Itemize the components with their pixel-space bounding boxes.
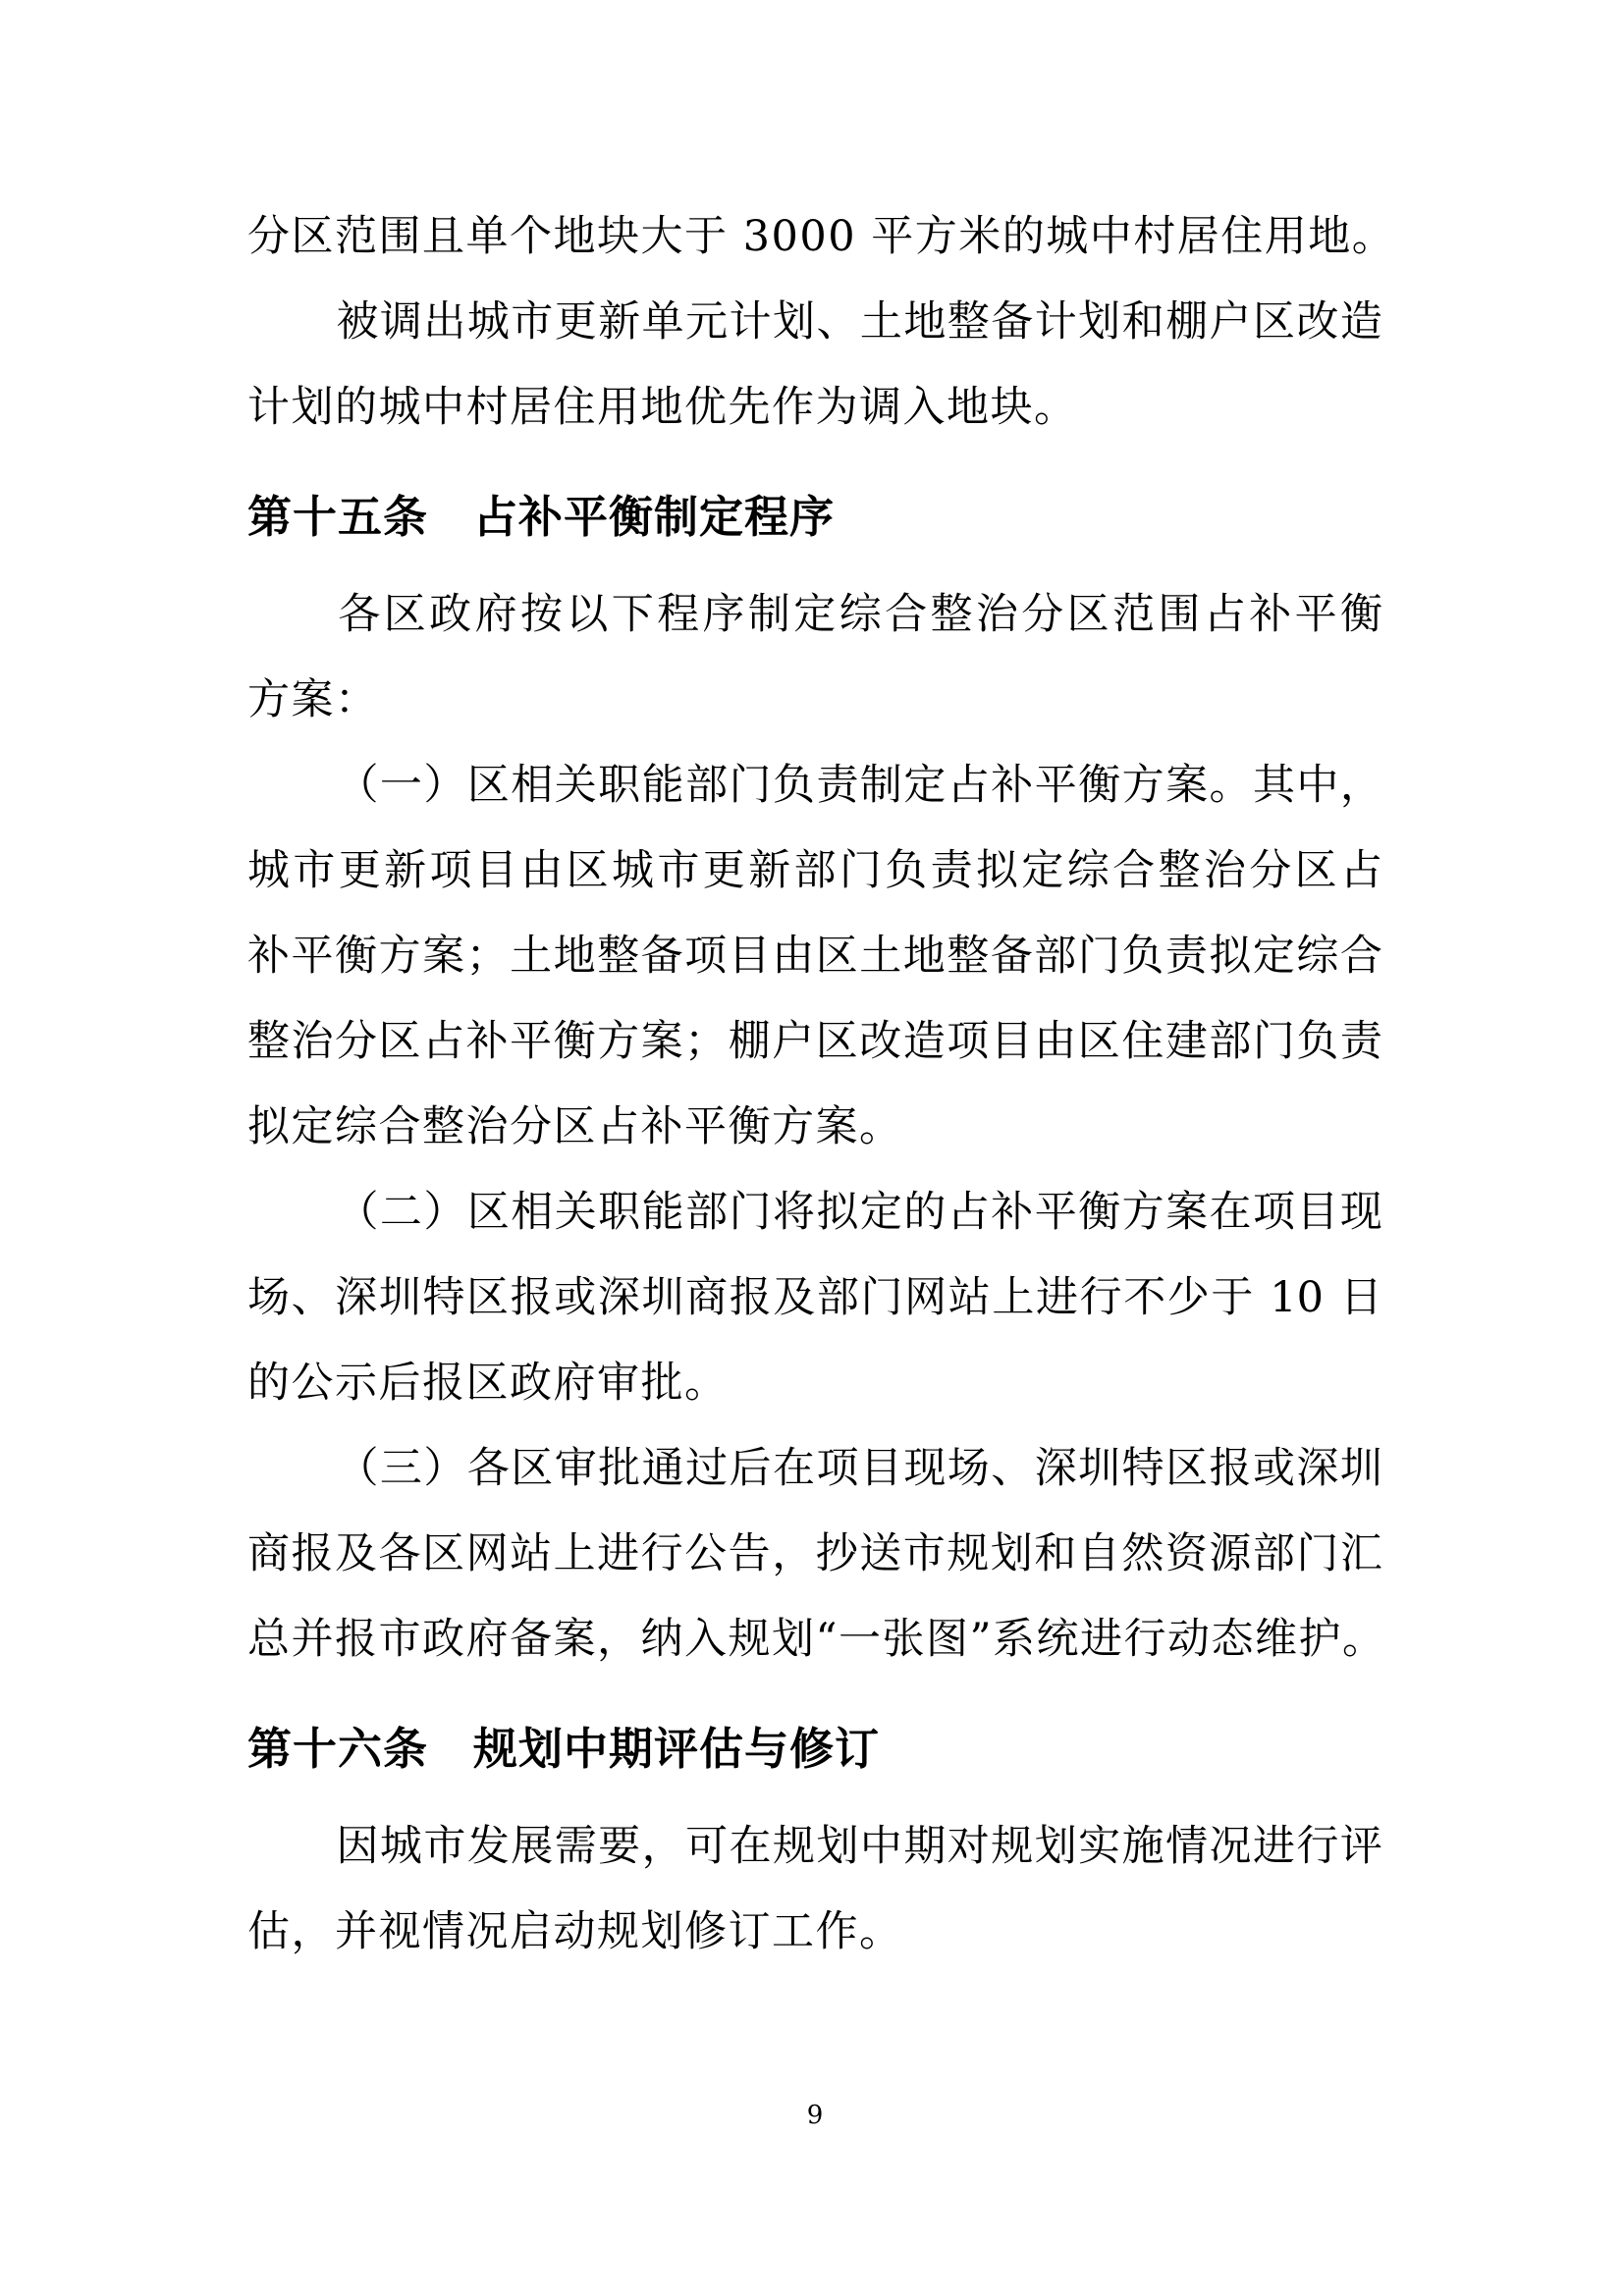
text-line: 场、深圳特区报或深圳商报及部门网站上进行不少于 10 日 [247,1255,1382,1341]
text-line: 总并报市政府备案，纳入规划“一张图”系统进行动态维护。 [247,1597,1382,1682]
paragraph-indent [247,627,335,628]
page-number: 9 [247,2101,1382,2130]
text-line: 拟定综合整治分区占补平衡方案。 [247,1085,1382,1170]
article-heading: 第十六条 规划中期评估与修订 [247,1706,1382,1791]
paragraph-indent [247,1859,335,1860]
paragraph-indent [247,798,335,799]
text-line: （三）各区审批通过后在项目现场、深圳特区报或深圳 [247,1426,1382,1512]
text-line: 补平衡方案；土地整备项目由区土地整备部门负责拟定综合 [247,914,1382,999]
text-line: （一）区相关职能部门负责制定占补平衡方案。其中， [247,743,1382,828]
text-line: 分区范围且单个地块大于 3000 平方米的城中村居住用地。 [247,194,1382,280]
text-line: 方案： [247,658,1382,743]
document-page: 分区范围且单个地块大于 3000 平方米的城中村居住用地。被调出城市更新单元计划… [0,0,1624,2296]
document-body: 分区范围且单个地块大于 3000 平方米的城中村居住用地。被调出城市更新单元计划… [247,194,1382,1975]
text-line: 城市更新项目由区城市更新部门负责拟定综合整治分区占 [247,828,1382,914]
text-line: 计划的城中村居住用地优先作为调入地块。 [247,365,1382,451]
text-line: 被调出城市更新单元计划、土地整备计划和棚户区改造 [247,280,1382,365]
paragraph-indent [247,335,335,336]
text-line: 整治分区占补平衡方案；棚户区改造项目由区住建部门负责 [247,999,1382,1085]
article-heading: 第十五条 占补平衡制定程序 [247,474,1382,560]
text-line: 商报及各区网站上进行公告，抄送市规划和自然资源部门汇 [247,1512,1382,1597]
text-line: 估，并视情况启动规划修订工作。 [247,1890,1382,1975]
paragraph-indent [247,1481,335,1482]
text-line: 各区政府按以下程序制定综合整治分区范围占补平衡 [247,572,1382,658]
text-line: 因城市发展需要，可在规划中期对规划实施情况进行评 [247,1804,1382,1890]
paragraph-indent [247,1225,335,1226]
text-line: （二）区相关职能部门将拟定的占补平衡方案在项目现 [247,1170,1382,1255]
text-line: 的公示后报区政府审批。 [247,1341,1382,1426]
